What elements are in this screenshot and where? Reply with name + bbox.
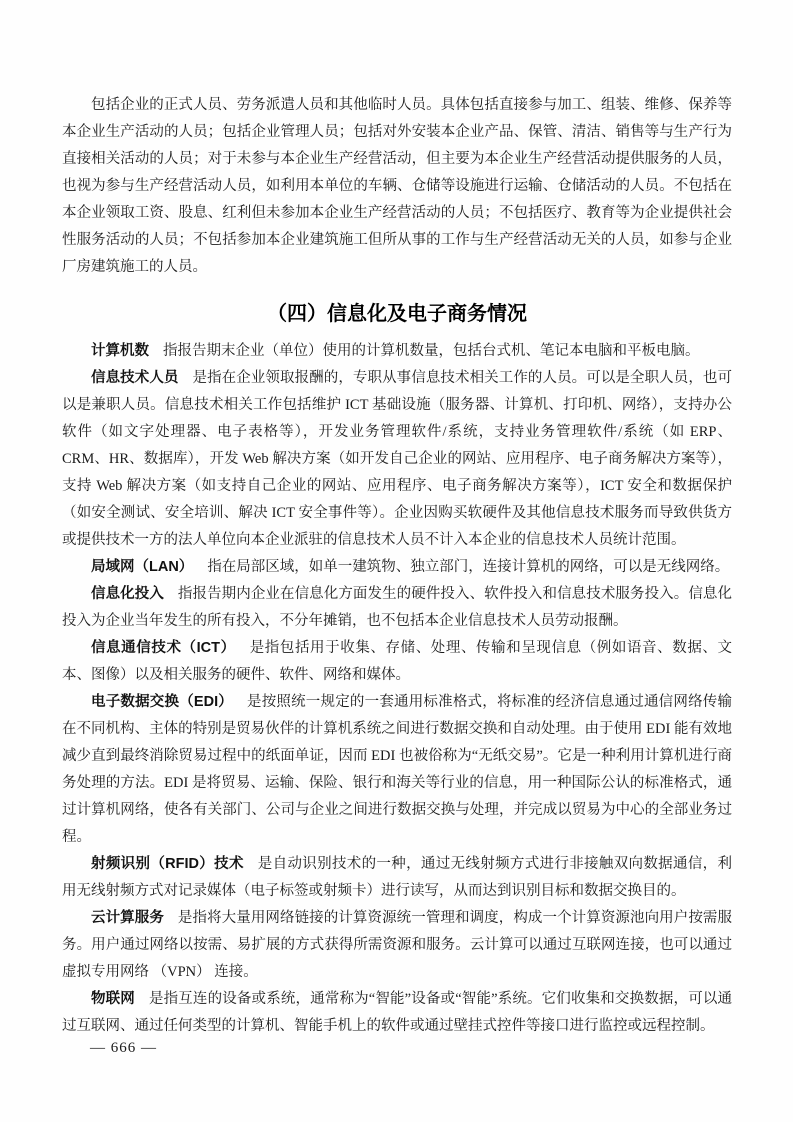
term-label: 云计算服务 xyxy=(91,910,164,926)
section-heading: （四）信息化及电子商务情况 xyxy=(62,297,732,331)
term-label: 物联网 xyxy=(91,991,135,1007)
term-label: 局域网（LAN） xyxy=(91,559,193,575)
term-label: 信息化投入 xyxy=(91,586,164,602)
term-definition: 是按照统一规定的一套通用标准格式，将标准的经济信息通过通信网络传输在不同机构、主… xyxy=(62,694,732,845)
definition-paragraph: 射频识别（RFID）技术是自动识别技术的一种，通过无线射频方式进行非接触双向数据… xyxy=(62,851,732,905)
term-definition: 是指在企业领取报酬的，专职从事信息技术相关工作的人员。可以是全职人员，也可以是兼… xyxy=(62,370,732,548)
definition-paragraph: 信息技术人员是指在企业领取报酬的，专职从事信息技术相关工作的人员。可以是全职人员… xyxy=(62,365,732,554)
term-label: 计算机数 xyxy=(91,343,149,359)
term-label: 电子数据交换（EDI） xyxy=(91,694,233,710)
page-content: 包括企业的正式人员、劳务派遣人员和其他临时人员。具体包括直接参与加工、组装、维修… xyxy=(62,0,732,1040)
term-label: 信息通信技术（ICT） xyxy=(91,640,236,656)
definition-paragraph: 电子数据交换（EDI）是按照统一规定的一套通用标准格式，将标准的经济信息通过通信… xyxy=(62,689,732,851)
definition-paragraph: 信息通信技术（ICT）是指包括用于收集、存储、处理、传输和呈现信息（例如语音、数… xyxy=(62,635,732,689)
page-number: — 666 — xyxy=(90,1038,157,1058)
term-label: 射频识别（RFID）技术 xyxy=(91,856,244,872)
definition-paragraph: 局域网（LAN）指在局部区域，如单一建筑物、独立部门，连接计算机的网络，可以是无… xyxy=(62,554,732,581)
definition-paragraph: 信息化投入指报告期内企业在信息化方面发生的硬件投入、软件投入和信息技术服务投入。… xyxy=(62,581,732,635)
term-definition: 指报告期末企业（单位）使用的计算机数量，包括台式机、笔记本电脑和平板电脑。 xyxy=(163,343,700,359)
document-page: 包括企业的正式人员、劳务派遣人员和其他临时人员。具体包括直接参与加工、组装、维修… xyxy=(0,0,793,1122)
definition-paragraph: 云计算服务是指将大量用网络链接的计算资源统一管理和调度，构成一个计算资源池向用户… xyxy=(62,905,732,986)
term-definition: 指在局部区域，如单一建筑物、独立部门，连接计算机的网络，可以是无线网络。 xyxy=(207,559,729,575)
definition-paragraph: 物联网是指互连的设备或系统，通常称为“智能”设备或“智能”系统。它们收集和交换数… xyxy=(62,986,732,1040)
continuation-paragraph: 包括企业的正式人员、劳务派遣人员和其他临时人员。具体包括直接参与加工、组装、维修… xyxy=(62,92,732,281)
definition-paragraph: 计算机数指报告期末企业（单位）使用的计算机数量，包括台式机、笔记本电脑和平板电脑… xyxy=(62,338,732,365)
term-definition: 是指互连的设备或系统，通常称为“智能”设备或“智能”系统。它们收集和交换数据，可… xyxy=(62,991,732,1034)
term-label: 信息技术人员 xyxy=(91,370,179,386)
